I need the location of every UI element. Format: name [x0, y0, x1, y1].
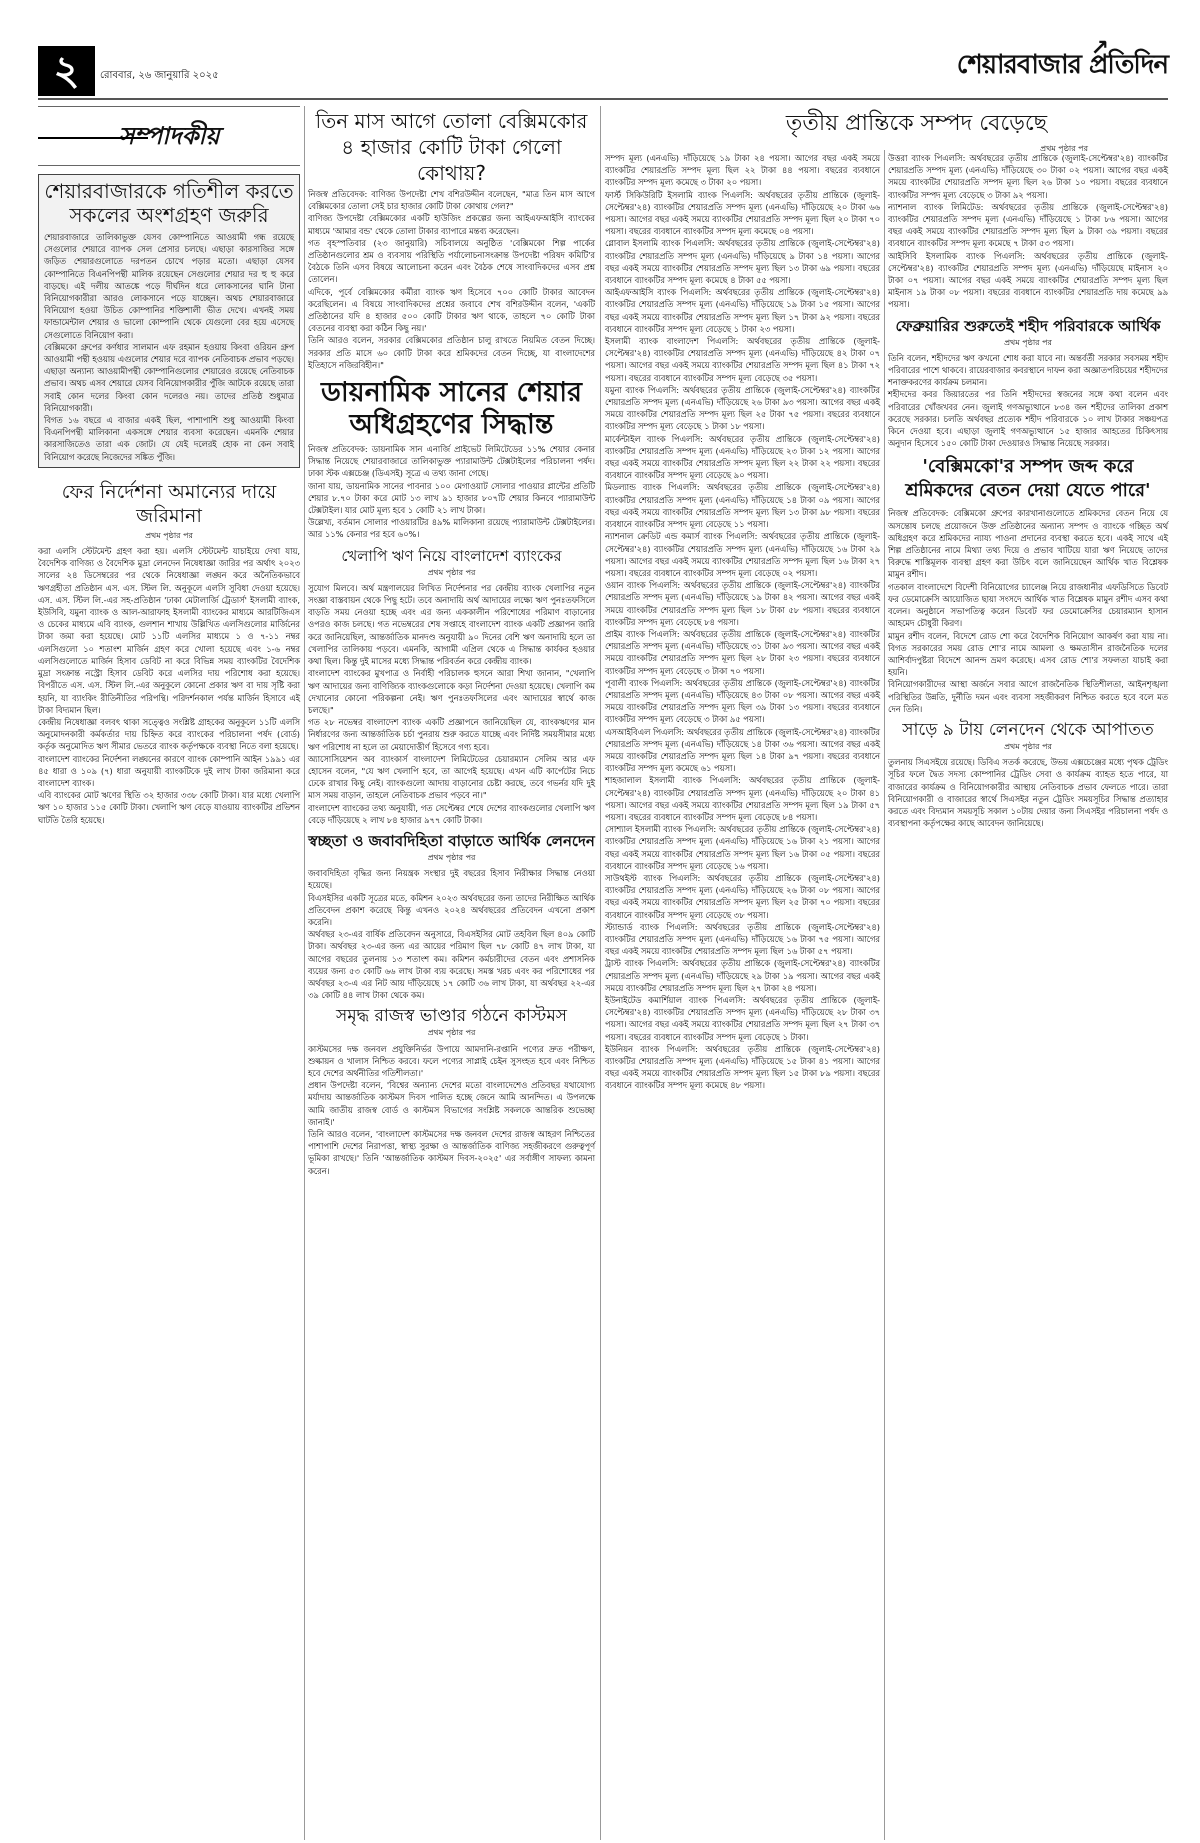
- newspaper-page: ২ রোববার, ২৬ জানুয়ারি ২০২৫ ↗ শেয়ারবাজা…: [38, 40, 1168, 1840]
- bank-nav-item: আইএফআইসি ব্যাংক পিএলসি: অর্থবছরের তৃতীয়…: [605, 286, 880, 335]
- bank-nav-item: যমুনা ব্যাংক পিএলসি: অর্থবছরের তৃতীয় প্…: [605, 384, 880, 433]
- bank-nav-item: ন্যাশনাল ব্যাংক লিমিটেড: অর্থবছরের তৃতীয…: [888, 201, 1168, 250]
- editorial-box: শেয়ারবাজারকে গতিশীল করতে সকলের অংশগ্রহণ…: [38, 174, 300, 468]
- fine-headline: ফের নির্দেশনা অমান্যের দায়ে জরিমানা: [38, 480, 300, 528]
- newspaper-logo: ↗ শেয়ারবাজার প্রতিদিন: [957, 44, 1168, 88]
- masthead: ২ রোববার, ২৬ জানুয়ারি ২০২৫ ↗ শেয়ারবাজা…: [38, 40, 1168, 96]
- bank-nav-item: প্রাইম ব্যাংক পিএলসি: অর্থবছরের তৃতীয় প…: [605, 628, 880, 677]
- bank-nav-item: উত্তরা ব্যাংক পিএলসি: অর্থবছরের তৃতীয় প…: [888, 152, 1168, 201]
- bank-nav-item: সম্পদ মূল্য (এনএভি) দাঁড়িয়েছে ১৯ টাকা …: [605, 152, 880, 189]
- editorial-headline: শেয়ারবাজারকে গতিশীল করতে সকলের অংশগ্রহণ…: [44, 179, 294, 227]
- bank-nav-item: ইসলামী ব্যাংক বাংলাদেশ পিএলসি: অর্থবছরের…: [605, 335, 880, 384]
- bank-nav-item: ইউনিয়ন ব্যাংক পিএলসি: অর্থবছরের তৃতীয় …: [605, 1043, 880, 1092]
- bank-nav-item: গ্লোবাল ইসলামি ব্যাংক পিএলসি: অর্থবছরের …: [605, 237, 880, 286]
- continued-label: প্রথম পৃষ্ঠার পর: [38, 530, 300, 542]
- column-editorial: সম্পাদকীয় শেয়ারবাজারকে গতিশীল করতে সকল…: [38, 106, 300, 826]
- martyrs-headline: ফেব্রুয়ারির শুরুতেই শহীদ পরিবারকে আর্থি…: [888, 316, 1168, 336]
- column-divider: [884, 150, 885, 1840]
- bank-nav-item: স্ট্যান্ডার্ড ব্যাংক পিএলসি: অর্থবছরের ত…: [605, 921, 880, 958]
- trading-time-headline: সাড়ে ৯ টায় লেনদেন থেকে আপাতত: [888, 720, 1168, 740]
- bank-nav-item: ন্যাশনাল ক্রেডিট এন্ড কমার্স ব্যাংক পিএল…: [605, 530, 880, 579]
- nav-headline: তৃতীয় প্রান্তিকে সম্পদ বেড়েছে: [605, 106, 1168, 143]
- bank-nav-item: ওয়ান ব্যাংক পিএলসি: অর্থবছরের তৃতীয় প্…: [605, 579, 880, 628]
- bank-nav-item: শাহজালাল ইসলামী ব্যাংক পিএলসি: অর্থবছরের…: [605, 774, 880, 823]
- bank-nav-item: আইসিবি ইসলামিক ব্যাংক পিএলসি: অর্থবছরের …: [888, 250, 1168, 311]
- column-right: উত্তরা ব্যাংক পিএলসি: অর্থবছরের তৃতীয় প…: [888, 152, 1168, 829]
- bank-nav-item: ট্রাস্ট ব্যাংক পিএলসি: অর্থবছরের তৃতীয় …: [605, 957, 880, 994]
- column-news: তিন মাস আগে তোলা বেক্সিমকোর ৪ হাজার কোটি…: [308, 106, 595, 1177]
- bank-nav-item: পূবালী ব্যাংক পিএলসি: অর্থবছরের তৃতীয় প…: [605, 677, 880, 726]
- bank-nav-item: ইউনাইটেড কমার্শিয়াল ব্যাংক পিএলসি: অর্থ…: [605, 994, 880, 1043]
- column-divider: [304, 106, 305, 1840]
- accountability-headline: স্বচ্ছতা ও জবাবদিহিতা বাড়াতে আর্থিক লেন…: [308, 831, 595, 851]
- column-divider: [600, 106, 601, 1840]
- bank-nav-item: মিডল্যান্ড ব্যাংক পিএলসি: অর্থবছরের তৃতী…: [605, 481, 880, 530]
- default-loans-headline: খেলাপি ঋণ নিয়ে বাংলাদেশ ব্যাংকের: [308, 546, 595, 566]
- bank-nav-item: ফার্স্ট সিকিউরিটি ইসলামি ব্যাংক পিএলসি: …: [605, 189, 880, 238]
- bank-nav-item: এসআইবিএল পিএলসি: অর্থবছরের তৃতীয় প্রান্…: [605, 726, 880, 775]
- bank-nav-item: মার্কেন্টাইল ব্যাংক পিএলসি: অর্থবছরের তৃ…: [605, 433, 880, 482]
- header-rule: [38, 98, 1168, 100]
- dynamic-sun-headline: ডায়নামিক সানের শেয়ার অধিগ্রহণের সিদ্ধা…: [308, 377, 595, 441]
- bank-nav-item: সাউথইস্ট ব্যাংক পিএলসি: অর্থবছরের তৃতীয়…: [605, 872, 880, 921]
- bank-nav-item: সোশ্যাল ইসলামী ব্যাংক পিএলসি: অর্থবছরের …: [605, 823, 880, 872]
- editorial-banner: সম্পাদকীয়: [38, 106, 300, 166]
- customs-headline: সমৃদ্ধ রাজস্ব ভাণ্ডার গঠনে কাস্টমস: [308, 1006, 595, 1026]
- issue-date: রোববার, ২৬ জানুয়ারি ২০২৫: [100, 68, 219, 85]
- page-number: ২: [38, 46, 95, 96]
- trend-arrow-icon: ↗: [1091, 36, 1108, 61]
- column-nav-list: সম্পদ মূল্য (এনএভি) দাঁড়িয়েছে ১৯ টাকা …: [605, 152, 880, 1092]
- bexi-wages-headline: 'বেক্সিমকো'র সম্পদ জব্দ করে শ্রমিকদের বে…: [888, 455, 1168, 503]
- bexi-4k-headline: তিন মাস আগে তোলা বেক্সিমকোর ৪ হাজার কোটি…: [308, 108, 595, 186]
